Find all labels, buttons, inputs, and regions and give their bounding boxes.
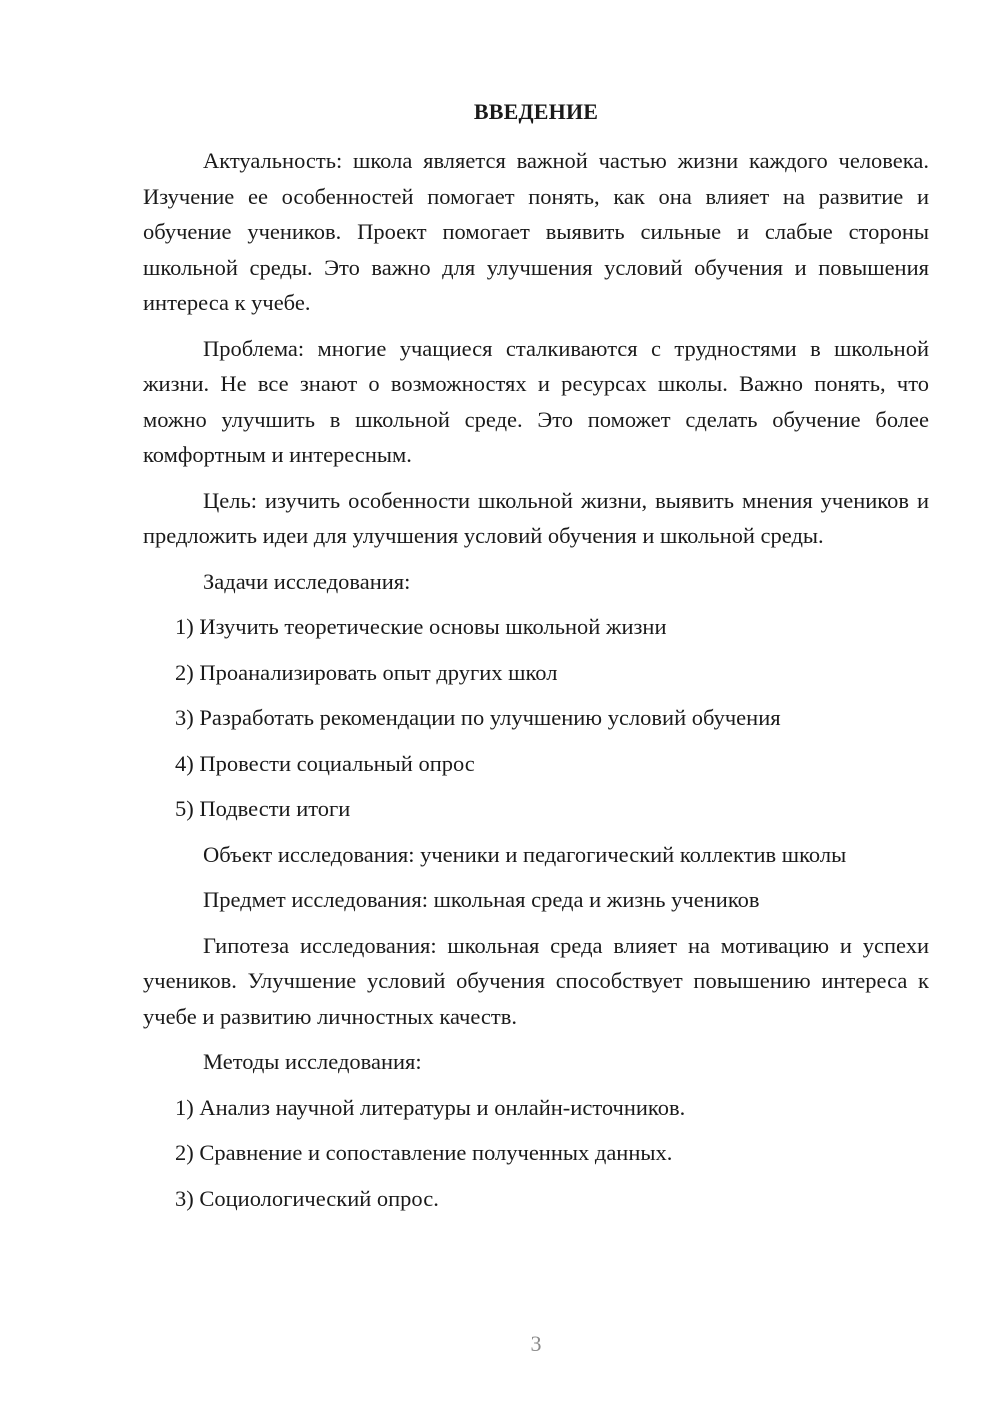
tasks-heading: Задачи исследования: (143, 564, 929, 600)
methods-list: 1) Анализ научной литературы и онлайн-ис… (143, 1090, 929, 1217)
relevance-paragraph: Актуальность: школа является важной част… (143, 143, 929, 321)
page-title: ВВЕДЕНИЕ (143, 94, 929, 129)
task-item: 2) Проанализировать опыт других школ (143, 655, 929, 691)
goal-paragraph: Цель: изучить особенности школьной жизни… (143, 483, 929, 554)
task-item: 1) Изучить теоретические основы школьной… (143, 609, 929, 645)
task-item: 4) Провести социальный опрос (143, 746, 929, 782)
tasks-list: 1) Изучить теоретические основы школьной… (143, 609, 929, 827)
task-item: 3) Разработать рекомендации по улучшению… (143, 700, 929, 736)
document-page: ВВЕДЕНИЕ Актуальность: школа является ва… (143, 94, 929, 1226)
method-item: 3) Социологический опрос. (143, 1181, 929, 1217)
page-number: 3 (0, 1331, 1000, 1357)
problem-paragraph: Проблема: многие учащиеся сталкиваются с… (143, 331, 929, 473)
method-item: 1) Анализ научной литературы и онлайн-ис… (143, 1090, 929, 1126)
object-line: Объект исследования: ученики и педагогич… (143, 837, 929, 873)
subject-line: Предмет исследования: школьная среда и ж… (143, 882, 929, 918)
method-item: 2) Сравнение и сопоставление полученных … (143, 1135, 929, 1171)
methods-heading: Методы исследования: (143, 1044, 929, 1080)
task-item: 5) Подвести итоги (143, 791, 929, 827)
hypothesis-paragraph: Гипотеза исследования: школьная среда вл… (143, 928, 929, 1035)
